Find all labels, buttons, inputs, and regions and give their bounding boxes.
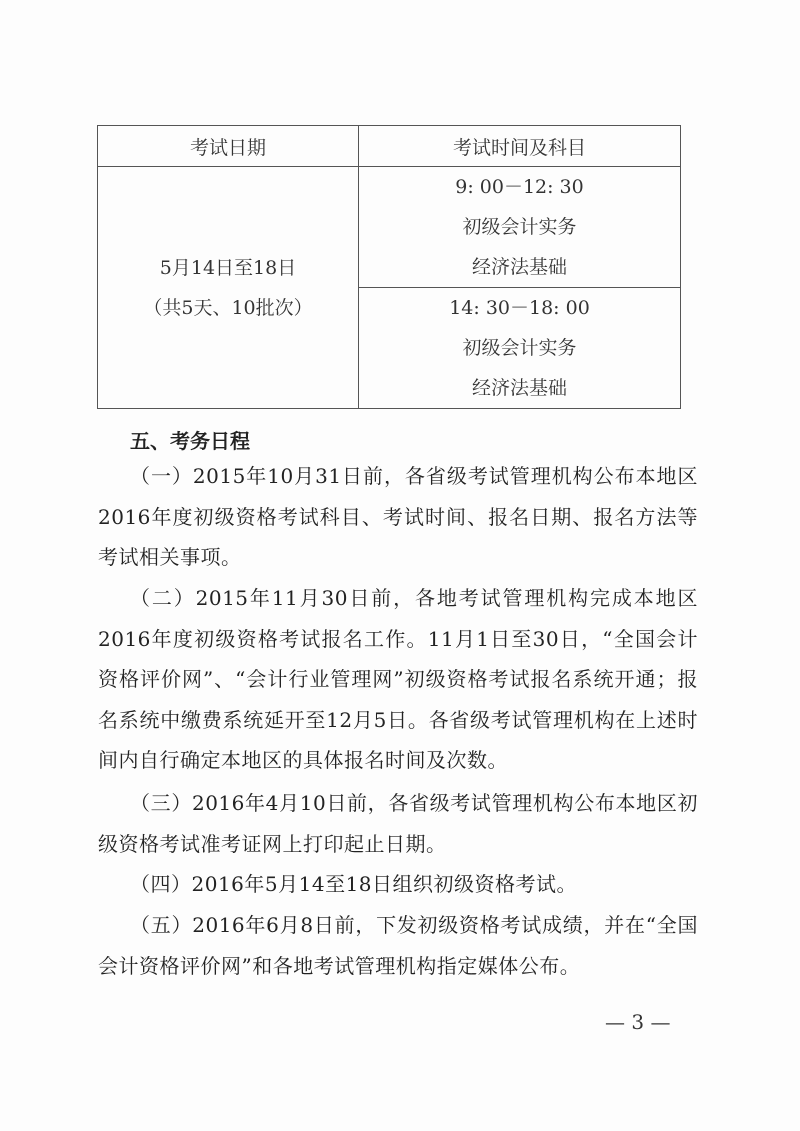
paragraph-3: （三）2016年4月10日前，各省级考试管理机构公布本地区初级资格考试准考证网上… [98,783,698,864]
exam-schedule-table: 考试日期 考试时间及科目 5月14日至18日 （共5天、10批次） 9: 00－… [97,125,681,409]
header-exam-time-subjects: 考试时间及科目 [359,126,681,167]
exam-date-cell: 5月14日至18日 （共5天、10批次） [98,167,359,409]
session-morning-cell: 9: 00－12: 30 初级会计实务 经济法基础 [359,167,681,288]
session-subject: 经济法基础 [359,368,680,408]
session-subject: 初级会计实务 [359,207,680,247]
exam-date-note: （共5天、10批次） [98,288,358,328]
paragraph-4: （四）2016年5月14至18日组织初级资格考试。 [98,864,698,905]
paragraph-5: （五）2016年6月8日前，下发初级资格考试成绩，并在“全国会计资格评价网”和各… [98,905,698,986]
session-time: 9: 00－12: 30 [359,167,680,207]
exam-date-range: 5月14日至18日 [98,248,358,288]
session-time: 14: 30－18: 00 [359,288,680,328]
session-afternoon-cell: 14: 30－18: 00 初级会计实务 经济法基础 [359,288,681,409]
document-page: 考试日期 考试时间及科目 5月14日至18日 （共5天、10批次） 9: 00－… [0,0,800,1131]
table-header-row: 考试日期 考试时间及科目 [98,126,681,167]
paragraph-2: （二）2015年11月30日前，各地考试管理机构完成本地区2016年度初级资格考… [98,578,698,781]
header-exam-date: 考试日期 [98,126,359,167]
table-row: 5月14日至18日 （共5天、10批次） 9: 00－12: 30 初级会计实务… [98,167,681,288]
session-subject: 经济法基础 [359,247,680,287]
session-subject: 初级会计实务 [359,328,680,368]
paragraph-1: （一）2015年10月31日前，各省级考试管理机构公布本地区2016年度初级资格… [98,440,698,578]
page-number: — 3 — [605,1010,670,1034]
